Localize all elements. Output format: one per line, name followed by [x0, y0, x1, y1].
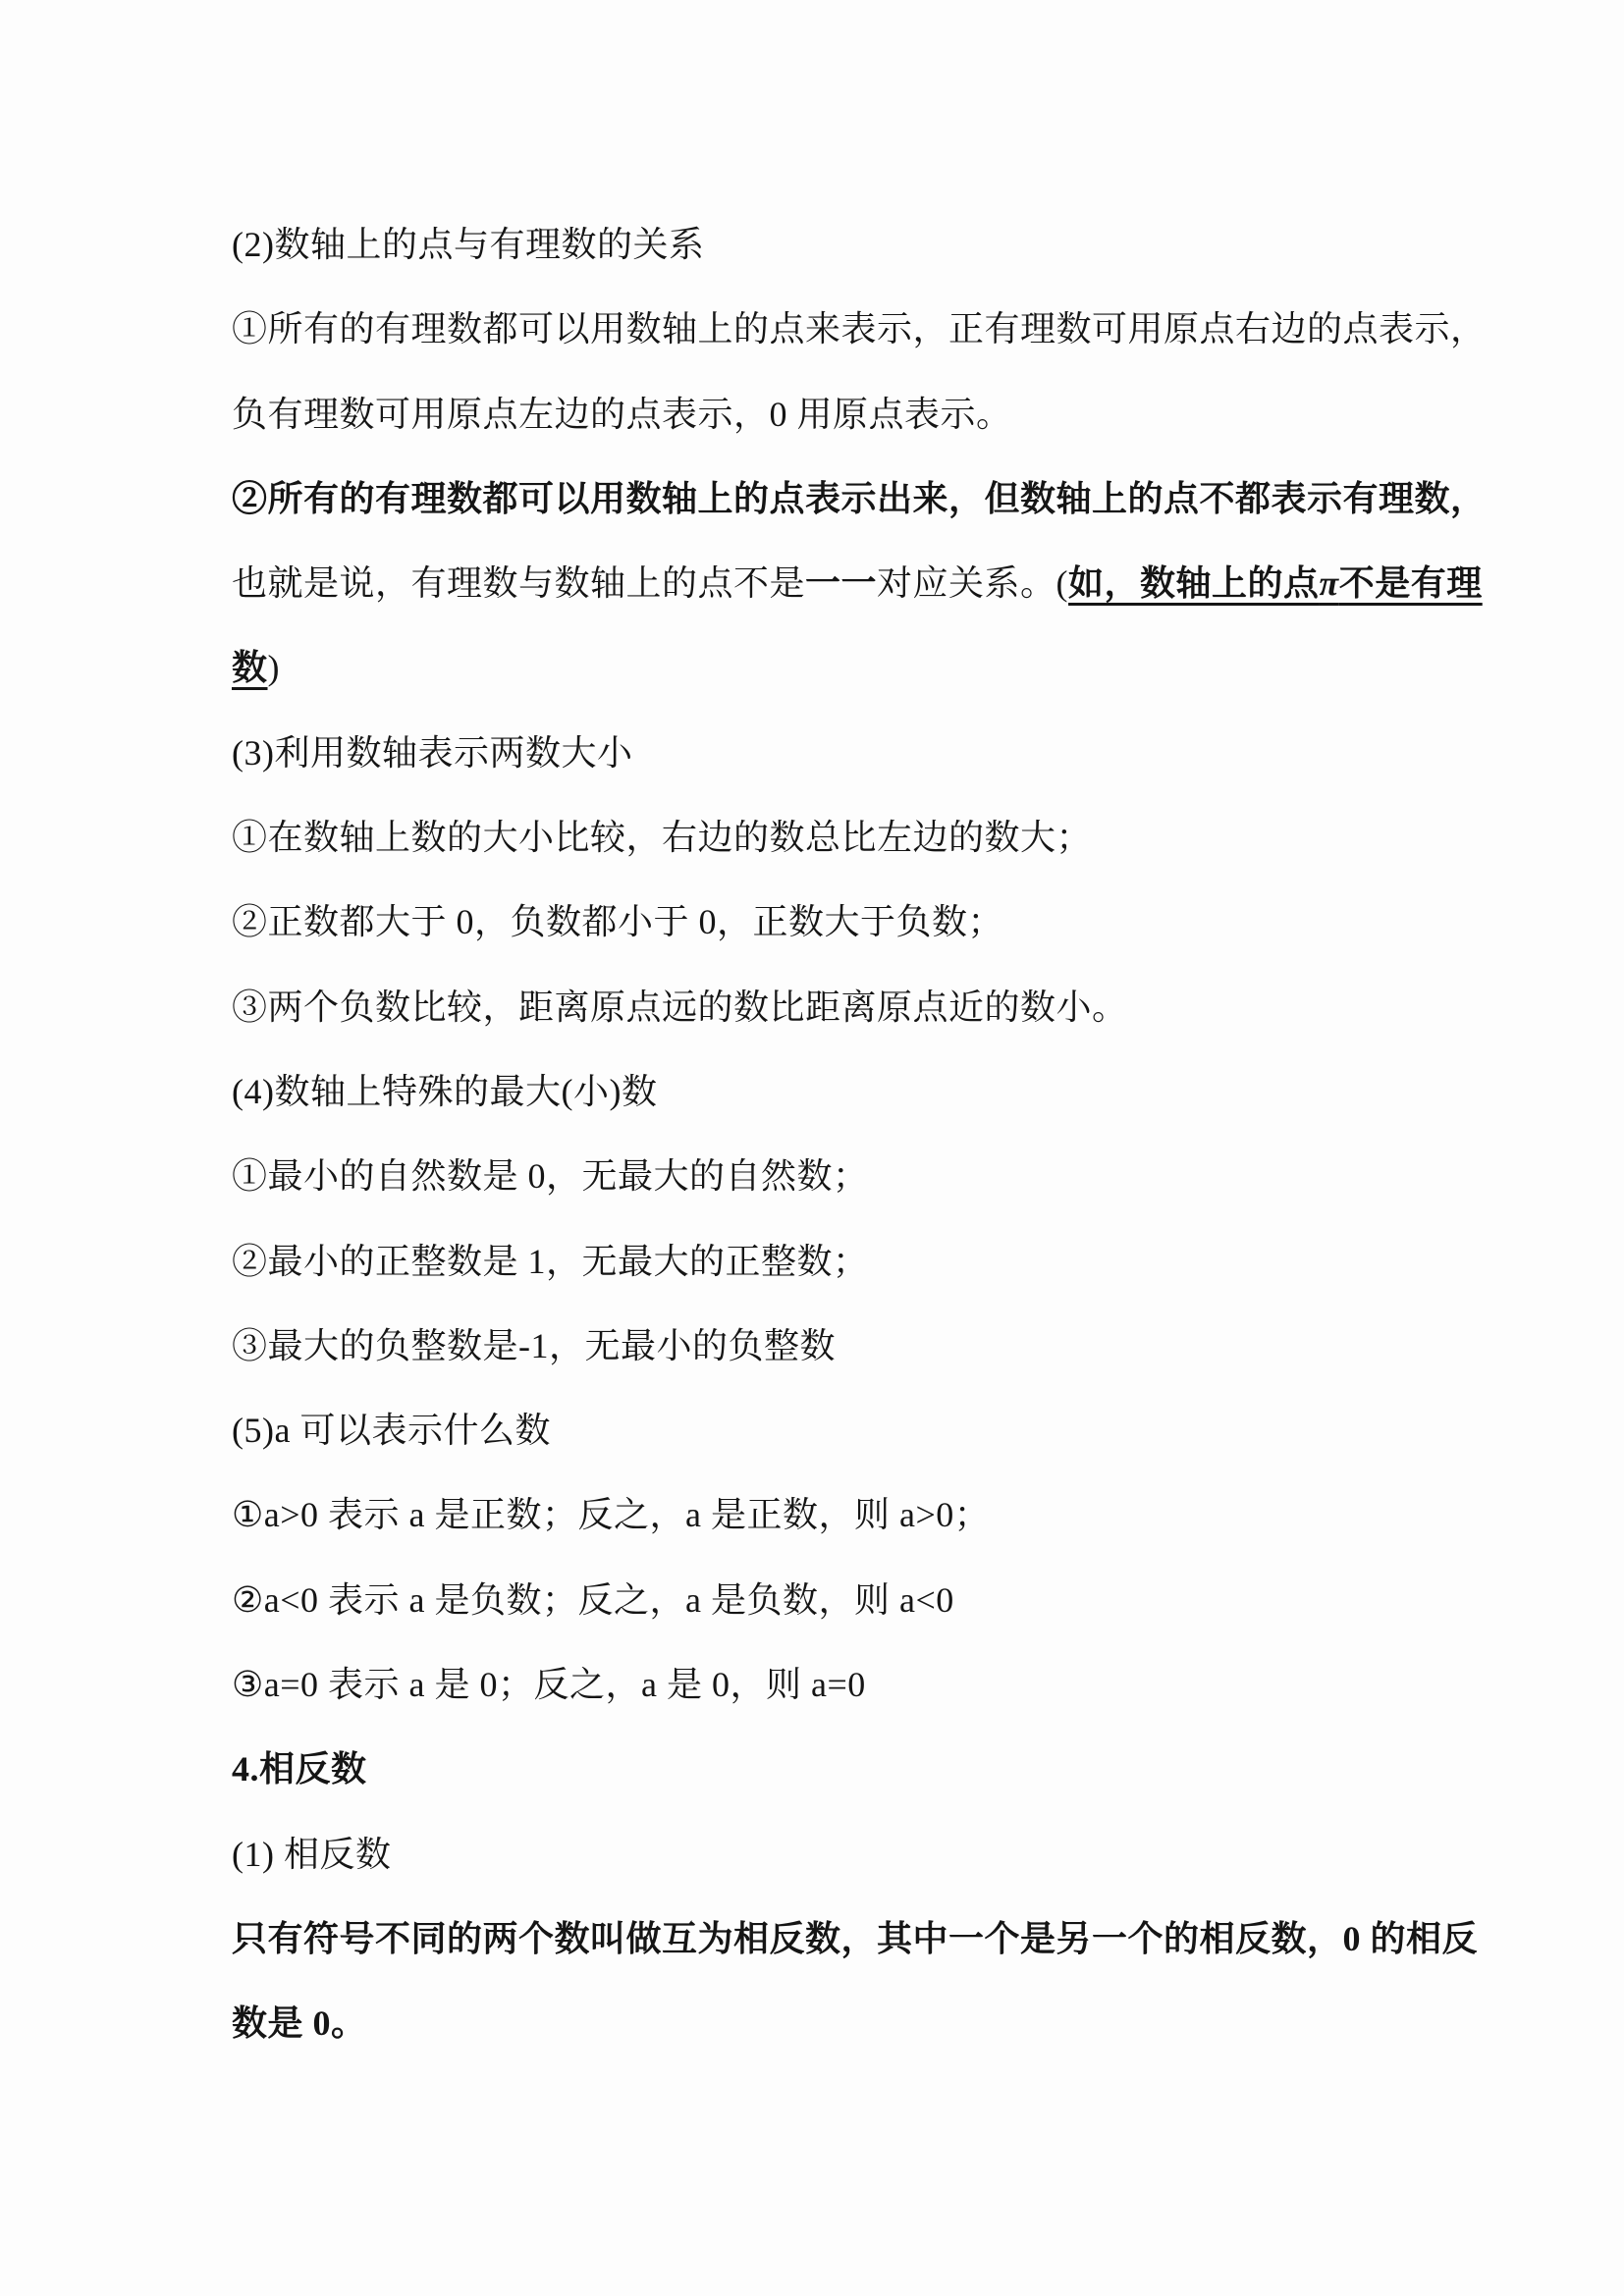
opposite-definition-line2: 数是 0。 [232, 1981, 1477, 2065]
relation-point2-line3: 数) [232, 625, 1477, 710]
opposite-subheading: (1) 相反数 [232, 1812, 1477, 1896]
a-point2-segment-0: ②a<0 表示 a 是负数；反之，a 是负数，则 a<0 [232, 1580, 954, 1620]
compare-point3-segment-0: ③两个负数比较，距离原点远的数比距离原点近的数小。 [232, 988, 1128, 1027]
a-point3: ③a=0 表示 a 是 0；反之，a 是 0，则 a=0 [232, 1642, 1477, 1727]
special-point3-segment-0: ③最大的负整数是-1，无最小的负整数 [232, 1326, 836, 1365]
special-point3: ③最大的负整数是-1，无最小的负整数 [232, 1304, 1477, 1388]
heading-4-special-max-min: (4)数轴上特殊的最大(小)数 [232, 1049, 1477, 1134]
heading-5-a-represent: (5)a 可以表示什么数 [232, 1388, 1477, 1472]
heading-5-a-represent-segment-0: (5)a 可以表示什么数 [232, 1411, 551, 1450]
heading-2-axis-rational-relation-segment-0: (2)数轴上的点与有理数的关系 [232, 225, 704, 264]
relation-point2-line2-segment-4: π [1320, 563, 1339, 603]
heading-3-compare-two-numbers: (3)利用数轴表示两数大小 [232, 711, 1477, 795]
section-4-title-opposite-number: 4.相反数 [232, 1727, 1477, 1811]
heading-4-special-max-min-segment-0: (4)数轴上特殊的最大(小)数 [232, 1072, 657, 1111]
compare-point2-segment-0: ②正数都大于 0，负数都小于 0，正数大于负数； [232, 902, 1003, 941]
document-page: (2)数轴上的点与有理数的关系①所有的有理数都可以用数轴上的点来表示，正有理数可… [0, 0, 1624, 2296]
compare-point2: ②正数都大于 0，负数都小于 0，正数大于负数； [232, 880, 1477, 964]
relation-point2-line3-segment-1: ) [268, 648, 281, 687]
compare-point1-segment-0: ①在数轴上数的大小比较，右边的数总比左边的数大； [232, 818, 1092, 857]
section-4-title-opposite-number-segment-0: 4.相反数 [232, 1749, 367, 1789]
opposite-definition-line1-segment-0: 只有符号不同的两个数叫做互为相反数，其中一个是另一个的相反数，0 的相反 [232, 1919, 1478, 1958]
relation-point2-line2-segment-1: 一一 [805, 563, 877, 603]
a-point3-segment-0: ③a=0 表示 a 是 0；反之，a 是 0，则 a=0 [232, 1665, 866, 1704]
relation-point1-line2: 负有理数可用原点左边的点表示，0 用原点表示。 [232, 372, 1477, 456]
relation-point2-line1-segment-0: ②所有的有理数都可以用数轴上的点表示出来，但数轴上的点不都表示有理数， [232, 479, 1487, 518]
relation-point1-line1: ①所有的有理数都可以用数轴上的点来表示，正有理数可用原点右边的点表示， [232, 287, 1477, 371]
special-point1-segment-0: ①最小的自然数是 0，无最大的自然数； [232, 1156, 869, 1196]
relation-point2-line2: 也就是说，有理数与数轴上的点不是一一对应关系。(如，数轴上的点π不是有理 [232, 541, 1477, 625]
special-point2-segment-0: ②最小的正整数是 1，无最大的正整数； [232, 1242, 869, 1281]
relation-point2-line2-segment-3: 如，数轴上的点 [1068, 563, 1320, 603]
opposite-definition-line2-segment-0: 数是 0。 [232, 2003, 367, 2043]
relation-point1-line1-segment-0: ①所有的有理数都可以用数轴上的点来表示，正有理数可用原点右边的点表示， [232, 309, 1487, 348]
relation-point2-line3-segment-0: 数 [232, 648, 268, 687]
relation-point1-line2-segment-0: 负有理数可用原点左边的点表示，0 用原点表示。 [232, 395, 1012, 434]
opposite-definition-line1: 只有符号不同的两个数叫做互为相反数，其中一个是另一个的相反数，0 的相反 [232, 1896, 1477, 1981]
a-point1: ①a>0 表示 a 是正数；反之，a 是正数，则 a>0； [232, 1472, 1477, 1557]
compare-point1: ①在数轴上数的大小比较，右边的数总比左边的数大； [232, 795, 1477, 880]
compare-point3: ③两个负数比较，距离原点远的数比距离原点近的数小。 [232, 965, 1477, 1049]
relation-point2-line2-segment-2: 对应关系。( [877, 563, 1068, 603]
special-point1: ①最小的自然数是 0，无最大的自然数； [232, 1134, 1477, 1218]
relation-point2-line1: ②所有的有理数都可以用数轴上的点表示出来，但数轴上的点不都表示有理数， [232, 456, 1477, 541]
opposite-subheading-segment-0: (1) 相反数 [232, 1835, 391, 1874]
relation-point2-line2-segment-0: 也就是说，有理数与数轴上的点不是 [232, 563, 805, 603]
heading-3-compare-two-numbers-segment-0: (3)利用数轴表示两数大小 [232, 733, 632, 773]
relation-point2-line2-segment-5: 不是有理 [1339, 563, 1483, 603]
a-point1-segment-0: ①a>0 表示 a 是正数；反之，a 是正数，则 a>0； [232, 1495, 990, 1534]
special-point2: ②最小的正整数是 1，无最大的正整数； [232, 1219, 1477, 1304]
heading-2-axis-rational-relation: (2)数轴上的点与有理数的关系 [232, 202, 1477, 287]
document-text-block: (2)数轴上的点与有理数的关系①所有的有理数都可以用数轴上的点来表示，正有理数可… [232, 202, 1477, 2066]
a-point2: ②a<0 表示 a 是负数；反之，a 是负数，则 a<0 [232, 1558, 1477, 1642]
